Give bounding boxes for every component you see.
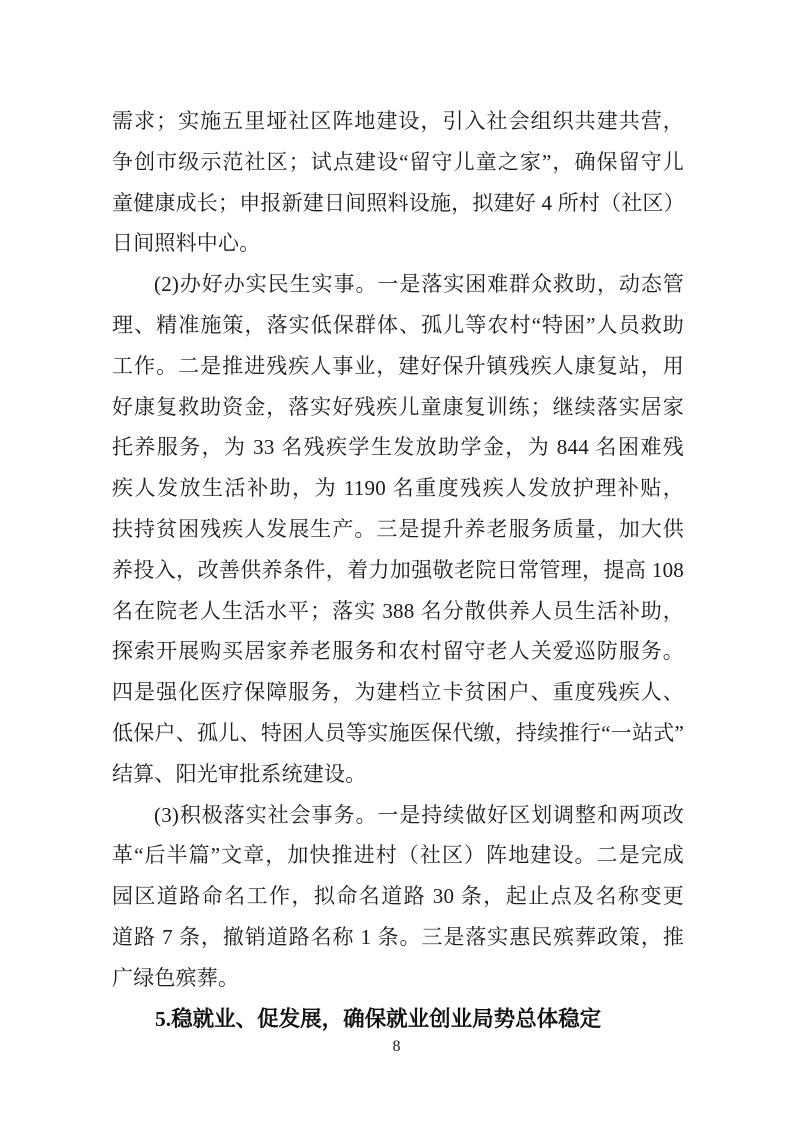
text-line: 低保户、孤儿、特困人员等实施医保代缴，持续推行“一站式” (112, 713, 684, 754)
section-heading: 5.稳就业、促发展，确保就业创业局势总体稳定 (112, 999, 684, 1040)
text-line: 四是强化医疗保障服务，为建档立卡贫困户、重度残疾人、 (112, 672, 684, 713)
text-line: (3)积极落实社会事务。一是持续做好区划调整和两项改 (112, 795, 684, 836)
text-line: 需求；实施五里垭社区阵地建设，引入社会组织共建共营， (112, 101, 684, 142)
paragraph-item-2: (2)办好办实民生实事。一是落实困难群众救助，动态管 理、精准施策，落实低保群体… (112, 264, 684, 794)
text-line: 探索开展购买居家养老服务和农村留守老人关爱巡防服务。 (112, 631, 684, 672)
text-line: 工作。二是推进残疾人事业，建好保升镇残疾人康复站，用 (112, 346, 684, 387)
text-line: 日间照料中心。 (112, 223, 684, 264)
text-line: 革“后半篇”文章，加快推进村（社区）阵地建设。二是完成 (112, 835, 684, 876)
text-line: 园区道路命名工作，拟命名道路 30 条，起止点及名称变更 (112, 876, 684, 917)
text-line: 好康复救助资金，落实好残疾儿童康复训练；继续落实居家 (112, 387, 684, 428)
text-line: 广绿色殡葬。 (112, 958, 684, 999)
paragraph-item-3: (3)积极落实社会事务。一是持续做好区划调整和两项改 革“后半篇”文章，加快推进… (112, 795, 684, 999)
text-line: 托养服务，为 33 名残疾学生发放助学金，为 844 名困难残 (112, 427, 684, 468)
document-page: 需求；实施五里垭社区阵地建设，引入社会组织共建共营， 争创市级示范社区；试点建设… (0, 0, 793, 1122)
page-number: 8 (0, 1038, 793, 1056)
text-line: 结算、阳光审批系统建设。 (112, 754, 684, 795)
text-line: 童健康成长；申报新建日间照料设施，拟建好 4 所村（社区） (112, 183, 684, 224)
text-line: 道路 7 条，撤销道路名称 1 条。三是落实惠民殡葬政策，推 (112, 917, 684, 958)
text-line: (2)办好办实民生实事。一是落实困难群众救助，动态管 (112, 264, 684, 305)
text-line: 疾人发放生活补助，为 1190 名重度残疾人发放护理补贴， (112, 468, 684, 509)
paragraph-continuation: 需求；实施五里垭社区阵地建设，引入社会组织共建共营， 争创市级示范社区；试点建设… (112, 101, 684, 264)
text-line: 养投入，改善供养条件，着力加强敬老院日常管理，提高 108 (112, 550, 684, 591)
text-line: 扶持贫困残疾人发展生产。三是提升养老服务质量，加大供 (112, 509, 684, 550)
document-body: 需求；实施五里垭社区阵地建设，引入社会组织共建共营， 争创市级示范社区；试点建设… (112, 101, 684, 1039)
text-line: 理、精准施策，落实低保群体、孤儿等农村“特困”人员救助 (112, 305, 684, 346)
text-line: 名在院老人生活水平；落实 388 名分散供养人员生活补助， (112, 591, 684, 632)
text-line: 争创市级示范社区；试点建设“留守儿童之家”，确保留守儿 (112, 142, 684, 183)
